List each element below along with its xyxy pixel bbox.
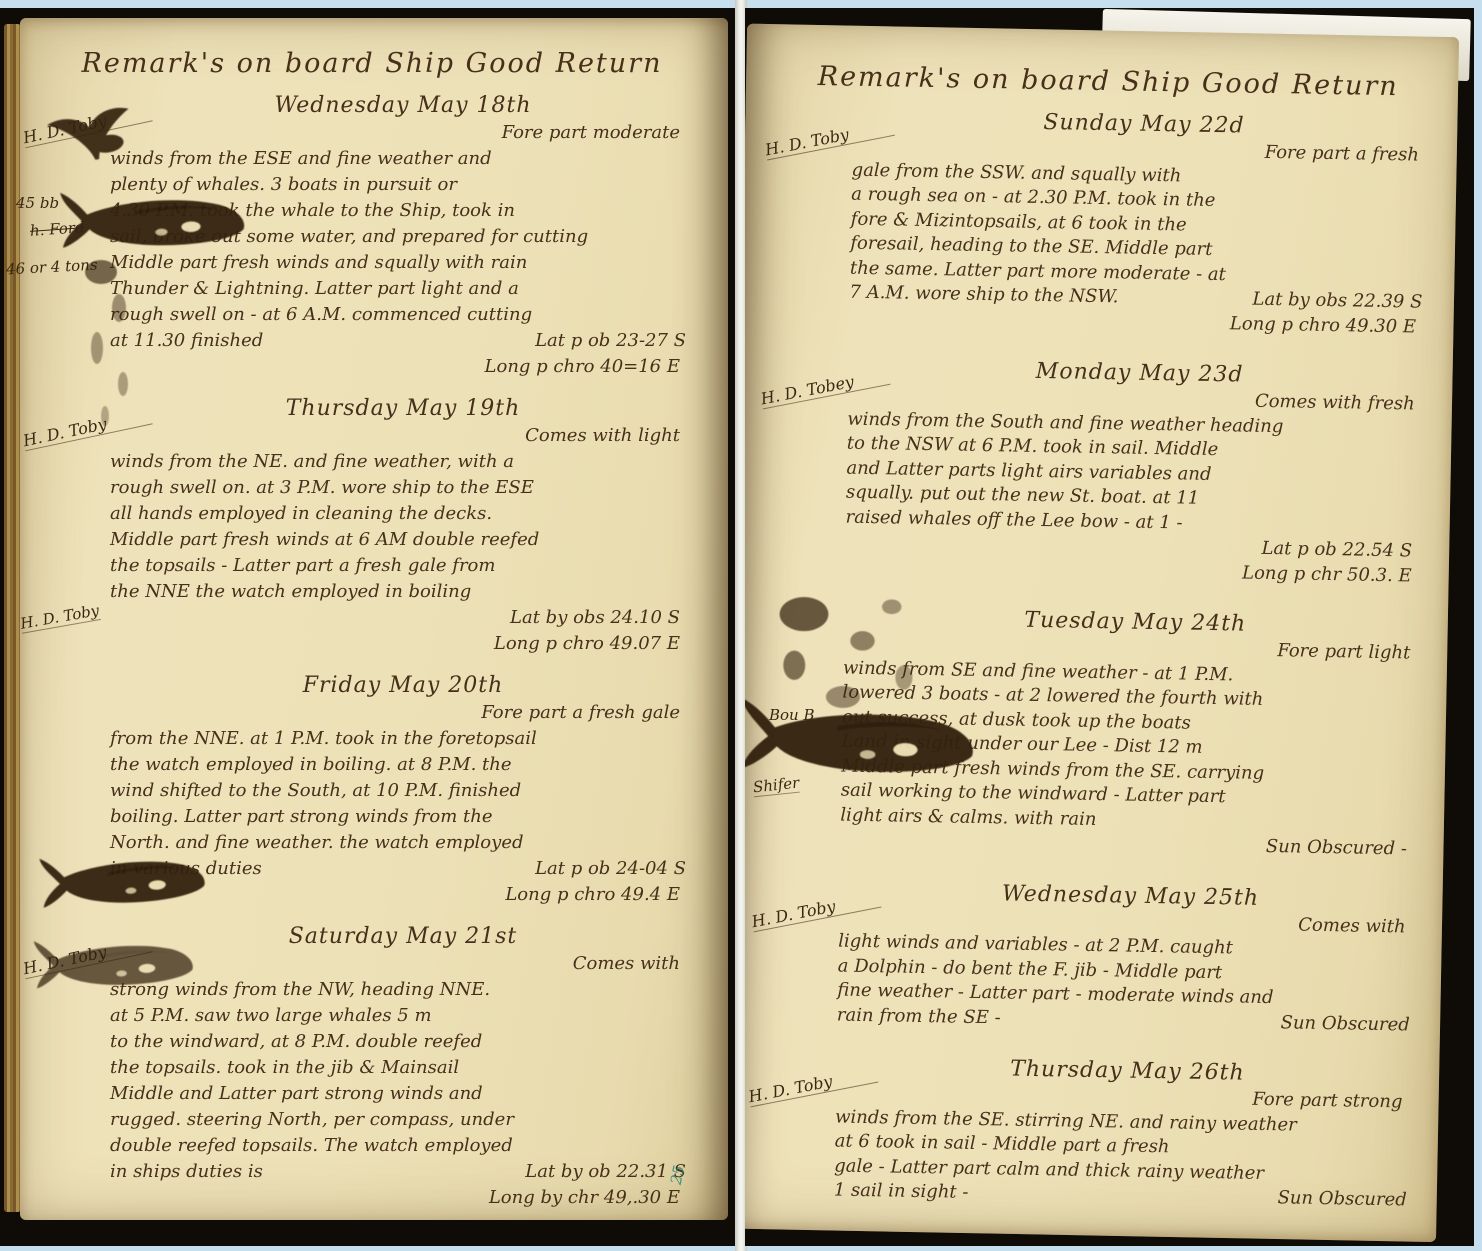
log-line: winds from the ESE and fine weather and (110, 146, 696, 172)
log-line: wind shifted to the South, at 10 P.M. fi… (110, 778, 696, 804)
whale-stamp-icon (745, 690, 982, 790)
log-line: Fore part moderate (110, 120, 696, 146)
page-header: Remark's on board Ship Good Return (758, 60, 1458, 103)
entry-date-heading: Saturday May 21st (110, 924, 696, 949)
log-entry: H. D. TobyThursday May 19thComes with li… (110, 396, 696, 657)
log-line-right: Sun Obscured (1277, 1186, 1417, 1213)
log-line: double reefed topsails. The watch employ… (110, 1133, 696, 1159)
log-line: in ships duties isLat by ob 22.31 S (110, 1159, 696, 1185)
log-line: Middle and Latter part strong winds and (110, 1081, 696, 1107)
log-line: the topsails. took in the jib & Mainsail (110, 1055, 696, 1081)
log-line: Long p chro 49.07 E (110, 631, 696, 657)
log-line-right: Lat p ob 24-04 S (535, 856, 696, 882)
log-line-left: 7 A.M. wore ship to the NSW. (849, 281, 1118, 310)
log-entry: H. D. TobyWednesday May 25thComes withli… (837, 878, 1423, 1038)
log-line: Fore part a fresh gale (110, 700, 696, 726)
log-line-right: Lat p ob 23-27 S (535, 328, 696, 354)
log-line: Thunder & Lightning. Latter part light a… (110, 276, 696, 302)
log-line: rough swell on - at 6 A.M. commenced cut… (110, 302, 696, 328)
whale-stamp-icon (39, 182, 269, 260)
log-line: rugged. steering North, per compass, und… (110, 1107, 696, 1133)
log-entry: H. D. TobySunday May 22dFore part a fres… (849, 107, 1436, 340)
log-line-left: in ships duties is (110, 1159, 263, 1185)
log-line: the NNE the watch employed in boiling (110, 579, 696, 605)
log-entry: H. D. TobeyMonday May 23dComes with fres… (845, 356, 1432, 589)
log-line: at 11.30 finishedLat p ob 23-27 S (110, 328, 696, 354)
entry-date-heading: Wednesday May 18th (110, 93, 696, 118)
log-entry: H. D. TobyThursday May 26thFore part str… (834, 1054, 1420, 1214)
log-line: from the NNE. at 1 P.M. took in the fore… (110, 726, 696, 752)
log-line: Lat by obs 24.10 S (110, 605, 696, 631)
ink-blot (58, 256, 154, 436)
log-line: to the windward, at 8 P.M. double reefed (110, 1029, 696, 1055)
book-photo-left: Remark's on board Ship Good Return H. D.… (0, 8, 737, 1246)
log-line: Long by chr 49,.30 E (110, 1185, 696, 1211)
page-stack-edge (4, 24, 21, 1212)
log-line-right: Lat by obs 22.39 S (1252, 288, 1432, 316)
log-line: Middle part fresh winds at 6 AM double r… (110, 527, 696, 553)
entry-date-heading: Friday May 20th (110, 673, 696, 698)
log-line: boiling. Latter part strong winds from t… (110, 804, 696, 830)
page-header: Remark's on board Ship Good Return (22, 48, 722, 79)
log-line: at 5 P.M. saw two large whales 5 m (110, 1003, 696, 1029)
log-line: the topsails - Latter part a fresh gale … (110, 553, 696, 579)
whale-stamp-icon (30, 916, 200, 1013)
log-line: Comes with light (110, 423, 696, 449)
log-line-left: rain from the SE - (837, 1003, 1001, 1030)
book-photo-right: Remark's on board Ship Good Return H. D.… (745, 8, 1474, 1246)
log-line: all hands employed in cleaning the decks… (110, 501, 696, 527)
log-line: the watch employed in boiling. at 8 P.M.… (110, 752, 696, 778)
log-line: rough swell on. at 3 P.M. wore ship to t… (110, 475, 696, 501)
log-line-left: 1 sail in sight - (834, 1178, 969, 1205)
log-line: Long p chro 40=16 E (110, 354, 696, 380)
log-line: winds from the NE. and fine weather, wit… (110, 449, 696, 475)
entry-date-heading: Thursday May 19th (110, 396, 696, 421)
log-line-right: Sun Obscured (1280, 1011, 1420, 1038)
